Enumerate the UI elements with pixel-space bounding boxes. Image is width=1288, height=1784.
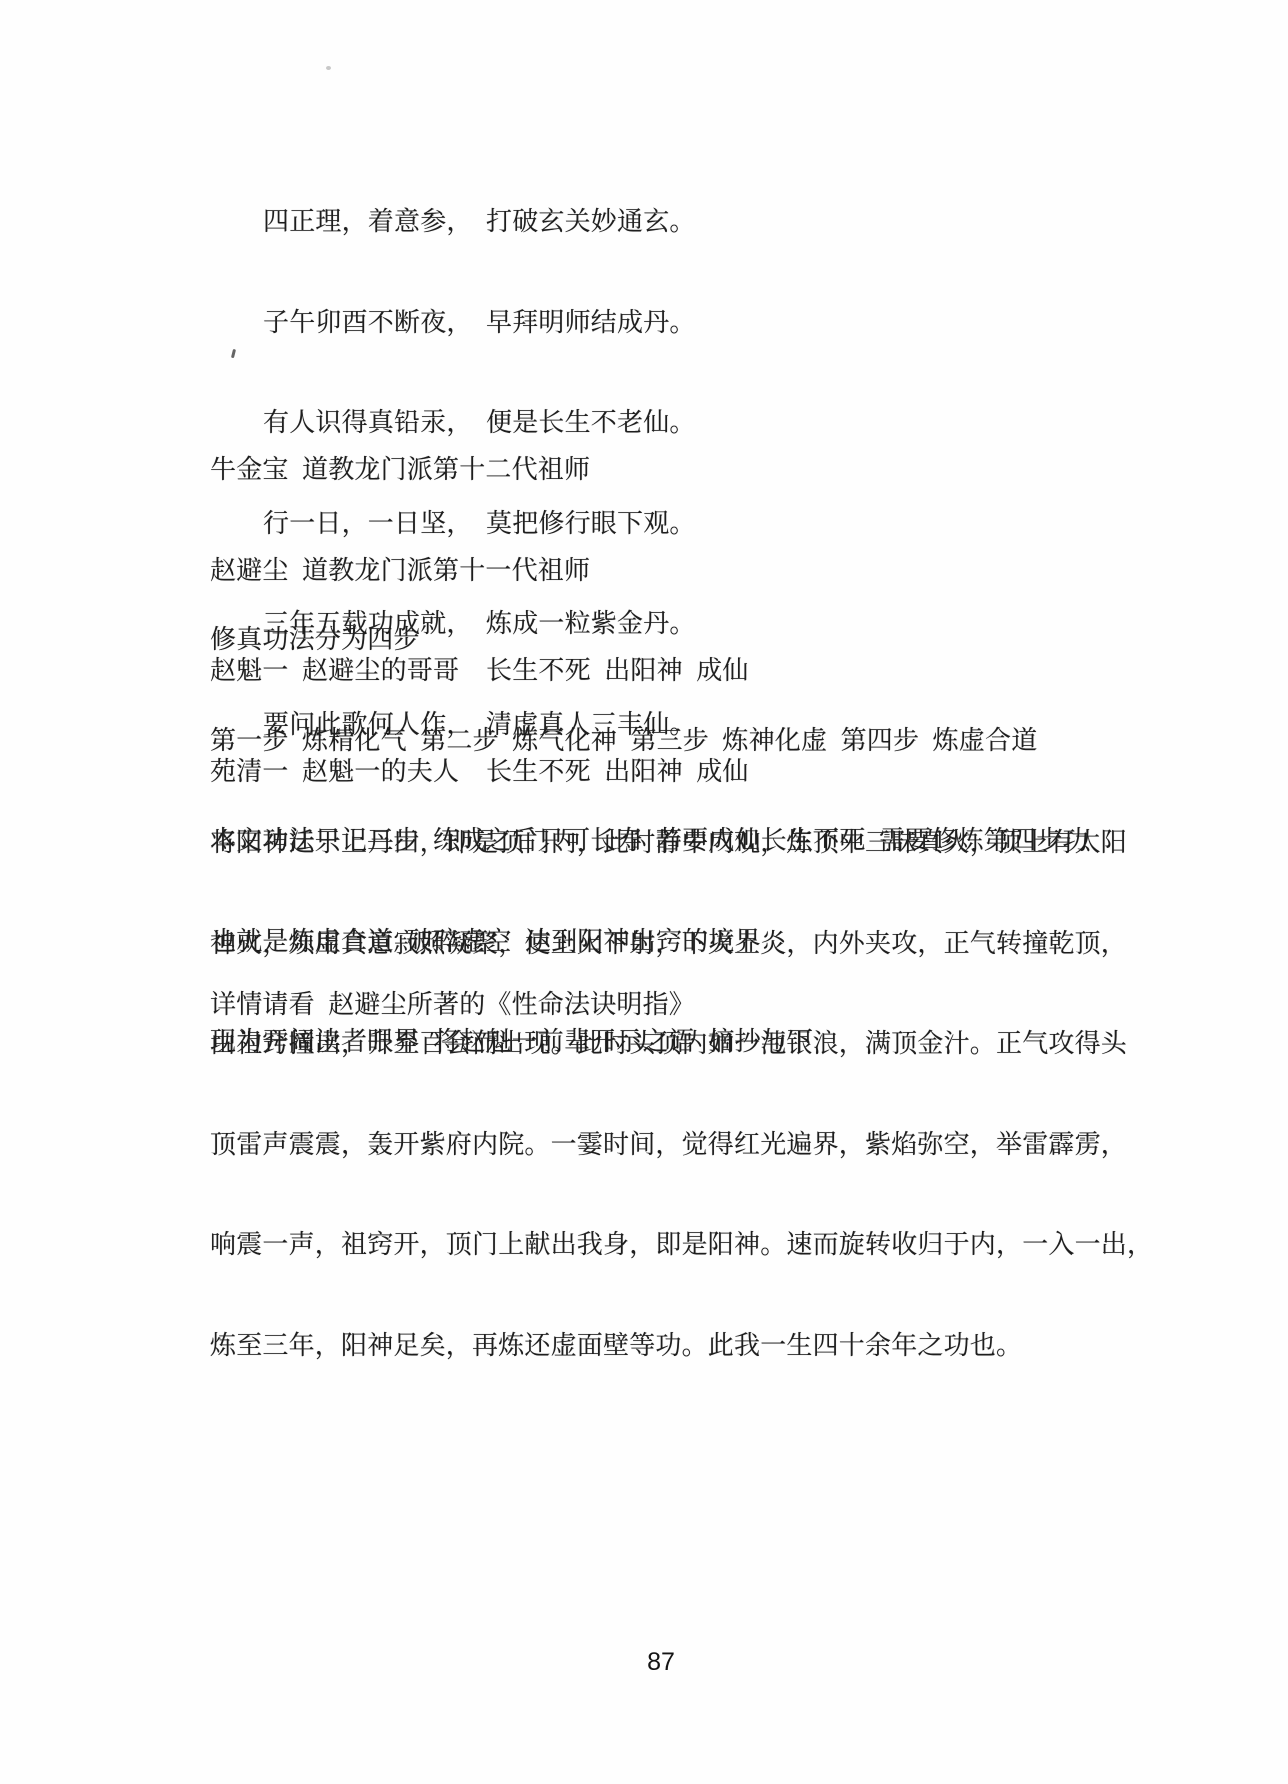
lineage-line: 牛金宝 道教龙门派第十二代祖师 bbox=[210, 453, 749, 487]
quote-line: 由祖窍撞出，升至百会而出现。此时头顶内如一池银浪，满顶金汁。正气攻得头 bbox=[210, 1027, 1153, 1061]
quote-line: 将阳神迁于上丹田，即是顶门内，此时静中内观，炼顶中三昧真火，顶上有太阳 bbox=[210, 826, 1153, 860]
method-line: 第一步 炼精化气 第二步 炼气化神 第三步 炼神化虚 第四步 炼虚合道 bbox=[210, 724, 1089, 758]
quote-line: 炼至三年，阳神足矣，再炼还虚面壁等功。此我一生四十余年之功也。 bbox=[210, 1329, 1153, 1363]
poem-line: 子午卯酉不断夜， 早拜明师结成丹。 bbox=[263, 306, 696, 340]
poem-line: 四正理，着意参， 打破玄关妙通玄。 bbox=[263, 205, 696, 239]
quote-block: 将阳神迁于上丹田，即是顶门内，此时静中内观，炼顶中三昧真火，顶上有太阳 神火，须… bbox=[210, 759, 1153, 1429]
scan-speck-artifact bbox=[326, 66, 331, 70]
reference-line: 详情请看 赵避尘所著的《性命法诀明指》 bbox=[210, 988, 695, 1022]
page-number: 87 bbox=[0, 1648, 1288, 1677]
quote-line: 响震一声，祖窍开，顶门上献出我身，即是阳神。速而旋转收归于内，一入一出， bbox=[210, 1228, 1153, 1262]
method-line: 修真功法分为四步 bbox=[210, 623, 1089, 657]
scan-tick-artifact bbox=[231, 349, 236, 358]
quote-line: 神火，须用真意寂照凝聚，使上火下射，下火上炎，内外夹攻，正气转撞乾顶， bbox=[210, 927, 1153, 961]
document-page: 四正理，着意参， 打破玄关妙通玄。 子午卯酉不断夜， 早拜明师结成丹。 有人识得… bbox=[0, 0, 1288, 1784]
quote-line: 顶雷声震震，轰开紫府内院。一霎时间，觉得红光遍界，紫焰弥空，举雷霹雳， bbox=[210, 1128, 1153, 1162]
